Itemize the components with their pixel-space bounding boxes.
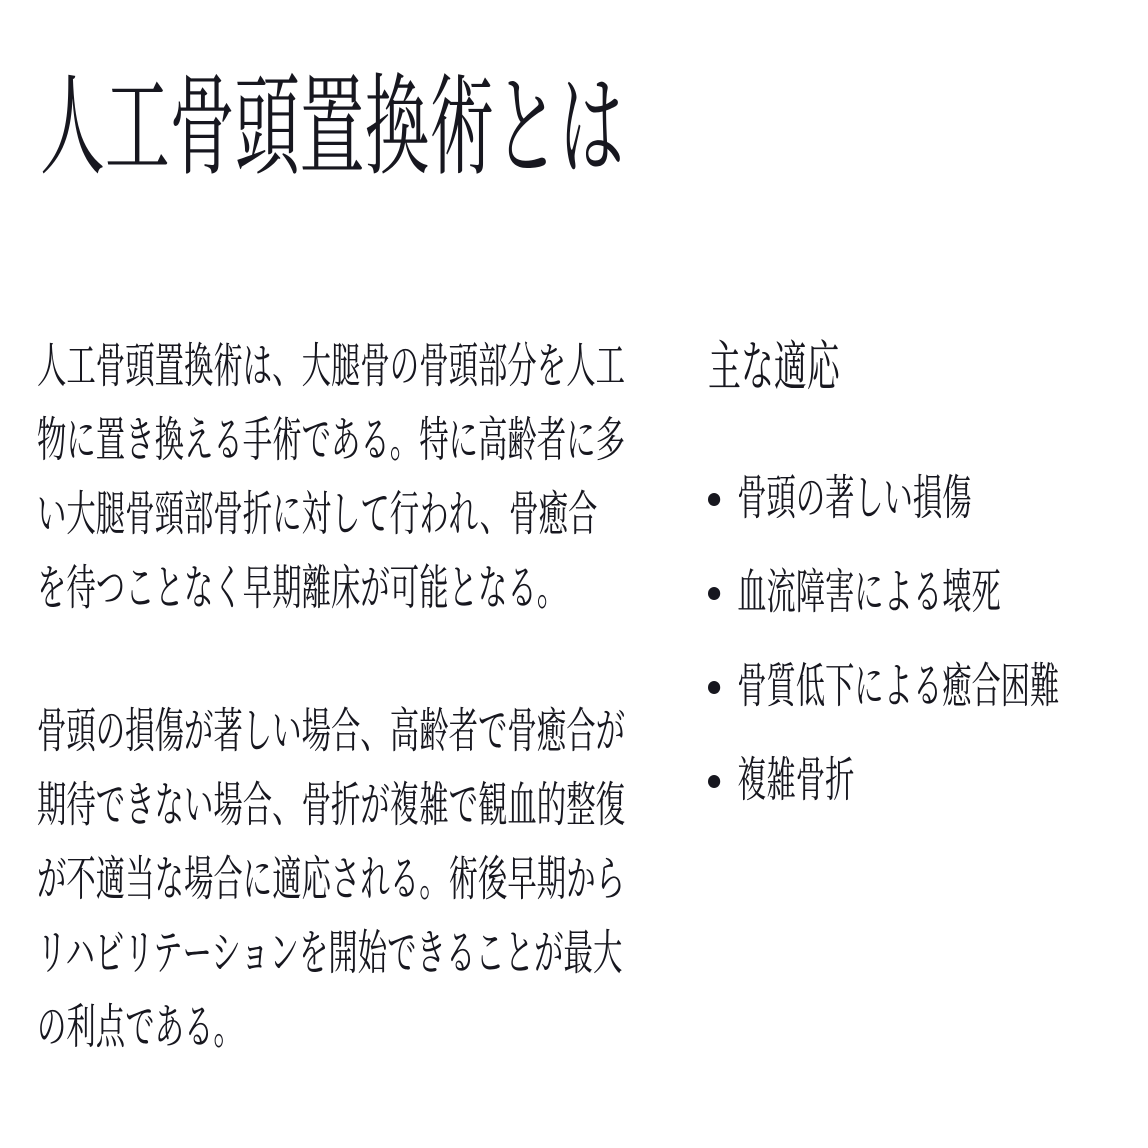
bullet-icon xyxy=(708,681,720,694)
list-item: 骨頭の著しい損傷 xyxy=(708,462,1147,536)
list-item-label: 複雑骨折 xyxy=(737,754,854,807)
list-item: 骨質低下による癒合困難 xyxy=(708,650,1147,724)
intro-paragraph: 人工骨頭置換術は、大腿骨の骨頭部分を人工物に置き換える手術である。特に高齢者に多… xyxy=(37,330,626,626)
bullet-icon xyxy=(708,587,720,600)
slide-page: 人工骨頭置換術とは 人工骨頭置換術は、大腿骨の骨頭部分を人工物に置き換える手術で… xyxy=(0,0,1148,1148)
indications-list: 骨頭の著しい損傷 血流障害による壊死 骨質低下による癒合困難 複雑骨折 xyxy=(708,462,1147,818)
body-text-column: 人工骨頭置換術は、大腿骨の骨頭部分を人工物に置き換える手術である。特に高齢者に多… xyxy=(37,330,626,1065)
list-item-label: 骨質低下による癒合困難 xyxy=(737,660,1059,713)
sidebar-column: 主な適応 骨頭の著しい損傷 血流障害による壊死 骨質低下による癒合困難 複雑骨折 xyxy=(708,330,1147,838)
list-item: 血流障害による壊死 xyxy=(708,556,1147,630)
bullet-icon xyxy=(708,493,720,506)
list-item: 複雑骨折 xyxy=(708,744,1147,818)
list-item-label: 血流障害による壊死 xyxy=(737,566,1001,619)
sidebar-heading: 主な適応 xyxy=(708,330,1147,404)
indication-paragraph: 骨頭の損傷が著しい場合、高齢者で骨癒合が期待できない場合、骨折が複雑で観血的整復… xyxy=(37,695,626,1065)
page-title: 人工骨頭置換術とは xyxy=(40,62,624,194)
bullet-icon xyxy=(708,775,720,788)
list-item-label: 骨頭の著しい損傷 xyxy=(737,472,971,525)
